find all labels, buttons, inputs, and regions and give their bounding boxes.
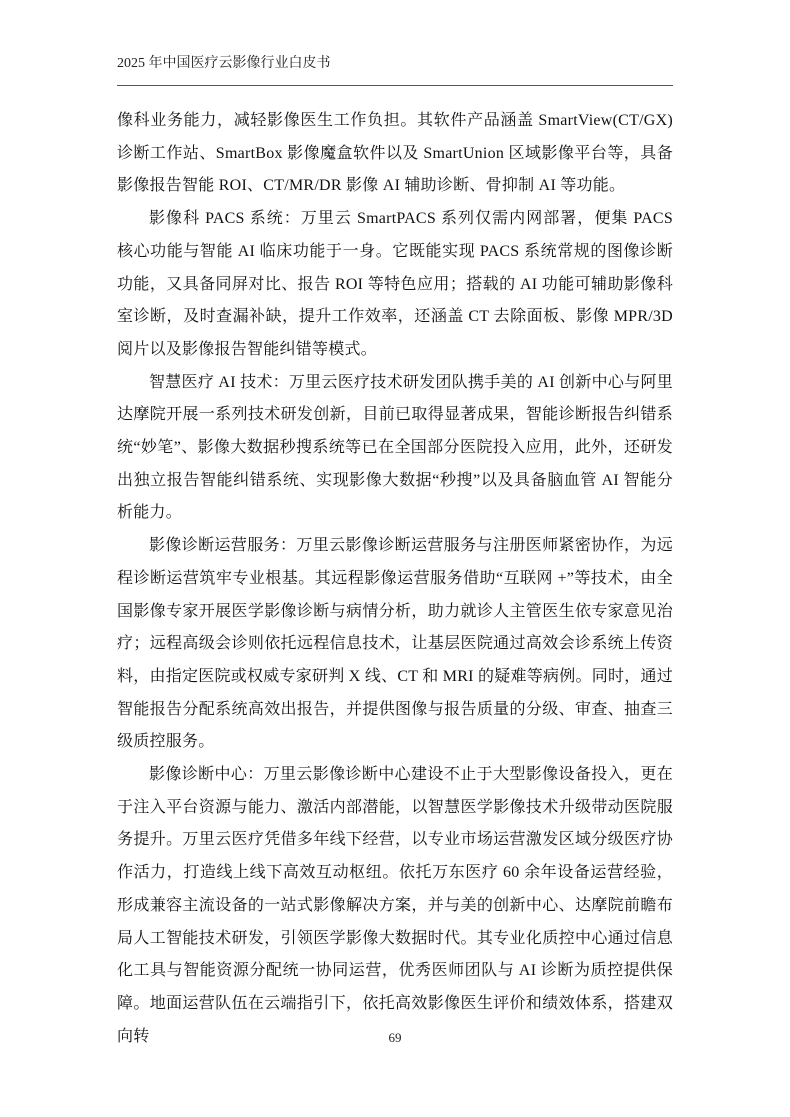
paragraph-diagnosis-center: 影像诊断中心：万里云影像诊断中心建设不止于大型影像设备投入，更在于注入平台资源与…: [117, 759, 673, 1053]
paragraph-text: 万里云影像诊断中心建设不止于大型影像设备投入，更在于注入平台资源与能力、激活内部…: [117, 766, 673, 1045]
paragraph-lead: 智慧医疗 AI 技术：: [149, 374, 289, 391]
paragraph-text: 万里云影像诊断运营服务与注册医师紧密协作，为远程诊断运营筑牢专业根基。其远程影像…: [117, 537, 673, 750]
paragraph-operations: 影像诊断运营服务：万里云影像诊断运营服务与注册医师紧密协作，为远程诊断运营筑牢专…: [117, 530, 673, 759]
running-header: 2025 年中国医疗云影像行业白皮书: [117, 52, 331, 72]
paragraph-text: 万里云 SmartPACS 系列仅需内网部署，便集 PACS 核心功能与智能 A…: [117, 210, 673, 358]
paragraph-lead: 影像诊断运营服务：: [149, 537, 296, 554]
page-number: 69: [0, 1030, 790, 1046]
document-body: 像科业务能力，减轻影像医生工作负担。其软件产品涵盖 SmartView(CT/G…: [117, 105, 673, 1053]
paragraph-text: 像科业务能力，减轻影像医生工作负担。其软件产品涵盖 SmartView(CT/G…: [117, 112, 673, 194]
paragraph-pacs: 影像科 PACS 系统：万里云 SmartPACS 系列仅需内网部署，便集 PA…: [117, 203, 673, 367]
header-rule: [117, 85, 673, 86]
paragraph-lead: 影像科 PACS 系统：: [149, 210, 301, 227]
paragraph-lead: 影像诊断中心：: [149, 766, 264, 783]
paragraph-ai-tech: 智慧医疗 AI 技术：万里云医疗技术研发团队携手美的 AI 创新中心与阿里达摩院…: [117, 367, 673, 531]
paragraph-continuation: 像科业务能力，减轻影像医生工作负担。其软件产品涵盖 SmartView(CT/G…: [117, 105, 673, 203]
paragraph-text: 万里云医疗技术研发团队携手美的 AI 创新中心与阿里达摩院开展一系列技术研发创新…: [117, 374, 673, 522]
